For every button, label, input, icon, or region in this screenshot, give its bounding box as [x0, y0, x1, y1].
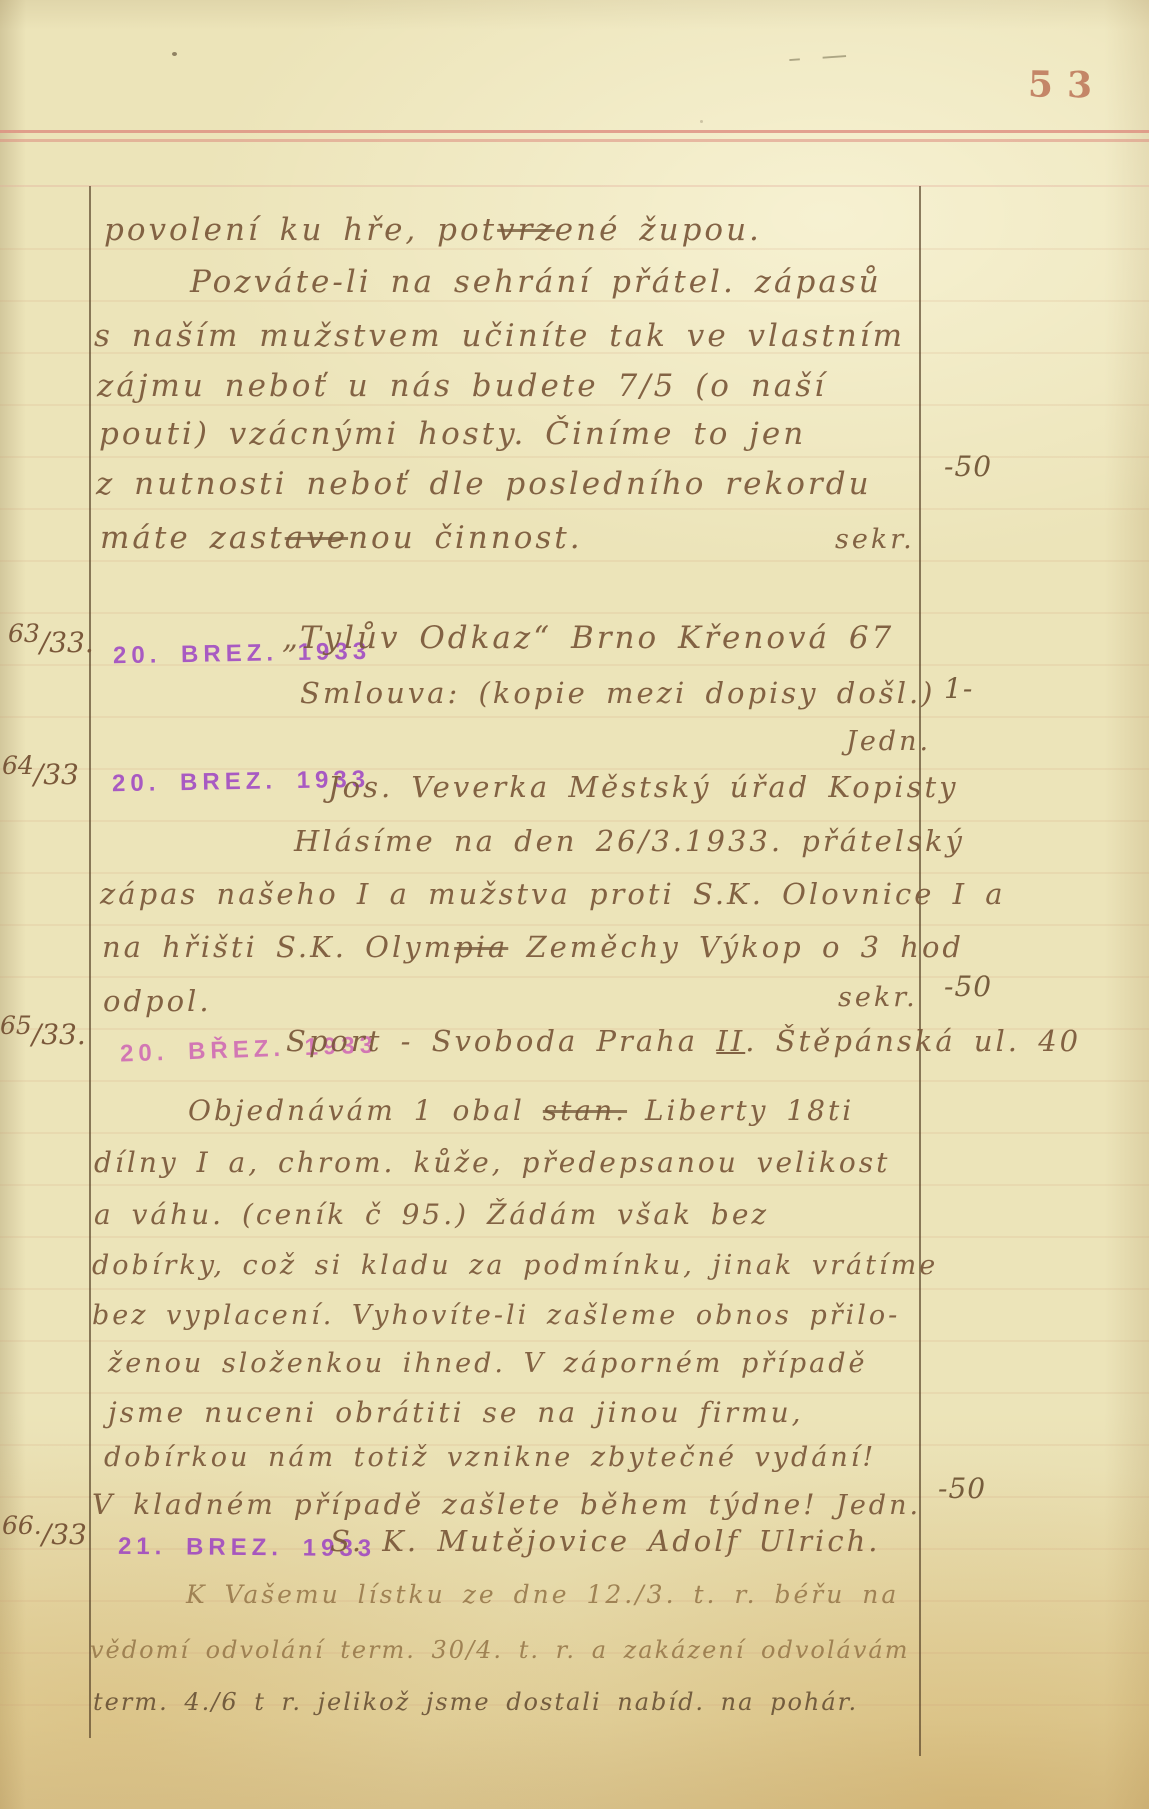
signature-abbreviation: Jedn.	[846, 726, 931, 757]
underlined-text: II	[716, 1024, 745, 1058]
handwritten-line: pouti) vzácnými hosty. Činíme to jen	[99, 416, 806, 452]
handwritten-line: zájmu neboť u nás budete 7/5 (o naší	[97, 368, 827, 404]
top-red-rule-2	[0, 139, 1149, 142]
amount-value: -50	[944, 970, 992, 1003]
handwritten-line: máte zastavenou činnost.	[100, 520, 583, 556]
entry-number: 66./33	[2, 1518, 87, 1551]
handwritten-line: Jos. Veverka Městský úřad Kopisty	[328, 770, 959, 804]
handwritten-line: K Vašemu lístku ze dne 12./3. t. r. béřu…	[186, 1580, 899, 1609]
entry-number-numerator: 63	[8, 619, 40, 648]
line-text: Liberty 18ti	[627, 1094, 854, 1127]
line-text: máte zast	[100, 520, 285, 556]
handwritten-line: „Tylův Odkaz“ Brno Křenová 67	[282, 620, 894, 656]
handwritten-line: vědomí odvolání term. 30/4. t. r. a zaká…	[90, 1636, 909, 1664]
entry-number: 63/33.	[8, 626, 94, 659]
signature-abbreviation: sekr.	[835, 524, 915, 555]
handwritten-line: zápas našeho I a mužstva proti S.K. Olov…	[100, 877, 1006, 911]
handwritten-line: Pozváte-li na sehrání přátel. zápasů	[190, 264, 882, 300]
struck-text: stan.	[543, 1094, 627, 1127]
struck-text: vrz	[497, 212, 555, 248]
top-red-rule	[0, 130, 1149, 133]
handwritten-line: ženou složenkou ihned. V záporném případ…	[108, 1348, 867, 1379]
struck-text: ave	[285, 520, 348, 556]
handwritten-line: a váhu. (ceník č 95.) Žádám však bez	[94, 1198, 769, 1231]
amount-value: -50	[944, 450, 992, 483]
line-text: . Štěpánská ul. 40	[745, 1024, 1081, 1058]
pencil-dash-marks: – —	[787, 40, 854, 74]
faint-header-rule	[0, 185, 1149, 187]
line-text: povolení ku hře, pot	[104, 212, 497, 248]
handwritten-line: Smlouva: (kopie mezi dopisy došl.)	[300, 676, 936, 710]
page-number-stamp: 53	[1028, 63, 1107, 106]
entry-number-denominator: /33	[42, 1518, 87, 1551]
handwritten-line: bez vyplacení. Vyhovíte-li zašleme obnos…	[92, 1300, 900, 1331]
line-text: nou činnost.	[348, 520, 583, 556]
line-text: Zeměchy Výkop o 3 hod	[508, 930, 964, 964]
column-rule-left	[89, 186, 91, 1738]
entry-number-denominator: /33.	[40, 626, 94, 659]
line-text: ené župou.	[555, 212, 762, 248]
ink-speck	[172, 52, 177, 56]
handwritten-line: dobírky, což si kladu za podmínku, jinak…	[92, 1250, 938, 1281]
handwritten-line: z nutnosti neboť dle posledního rekordu	[96, 466, 872, 502]
entry-number-denominator: /33	[34, 758, 79, 791]
handwritten-line: V kladném případě zašlete během týdne!	[92, 1488, 817, 1521]
handwritten-line: Sport - Svoboda Praha II. Štěpánská ul. …	[286, 1024, 1081, 1058]
entry-number: 64/33	[2, 758, 79, 791]
handwritten-line: dobírkou nám totiž vznikne zbytečné vydá…	[104, 1442, 876, 1473]
ink-speck	[700, 120, 703, 123]
entry-number: 65/33.	[0, 1018, 86, 1051]
handwritten-line: Hlásíme na den 26/3.1933. přátelský	[294, 824, 965, 858]
handwritten-line: dílny I a, chrom. kůže, předepsanou veli…	[94, 1146, 890, 1179]
handwritten-line: odpol.	[103, 984, 212, 1018]
line-text: Objednávám 1 obal	[188, 1094, 543, 1127]
entry-number-numerator: 64	[2, 751, 34, 780]
entry-number-numerator: 66.	[2, 1511, 42, 1540]
handwritten-line: S. K. Mutějovice Adolf Ulrich.	[330, 1524, 880, 1558]
handwritten-line: Objednávám 1 obal stan. Liberty 18ti	[188, 1094, 854, 1127]
amount-value: 1-	[944, 672, 973, 705]
handwritten-line: na hřišti S.K. Olympia Zeměchy Výkop o 3…	[102, 930, 964, 964]
handwritten-line: povolení ku hře, potvrzené župou.	[104, 212, 762, 248]
signature-abbreviation: sekr.	[838, 982, 918, 1013]
entry-number-numerator: 65	[0, 1011, 32, 1040]
struck-text: pia	[454, 930, 508, 964]
entry-number-denominator: /33.	[32, 1018, 86, 1051]
signature-abbreviation: Jedn.	[836, 1490, 921, 1521]
handwritten-line: s naším mužstvem učiníte tak ve vlastním	[94, 318, 905, 354]
line-text: Sport - Svoboda Praha	[286, 1024, 716, 1058]
line-text: na hřišti S.K. Olym	[102, 930, 454, 964]
handwritten-line: term. 4./6 t r. jelikož jsme dostali nab…	[93, 1688, 858, 1716]
amount-value: -50	[938, 1472, 986, 1505]
handwritten-line: jsme nuceni obrátiti se na jinou firmu,	[108, 1396, 804, 1429]
ledger-page: 53 – — povolení ku hře, potvrzené župou.…	[0, 0, 1149, 1809]
